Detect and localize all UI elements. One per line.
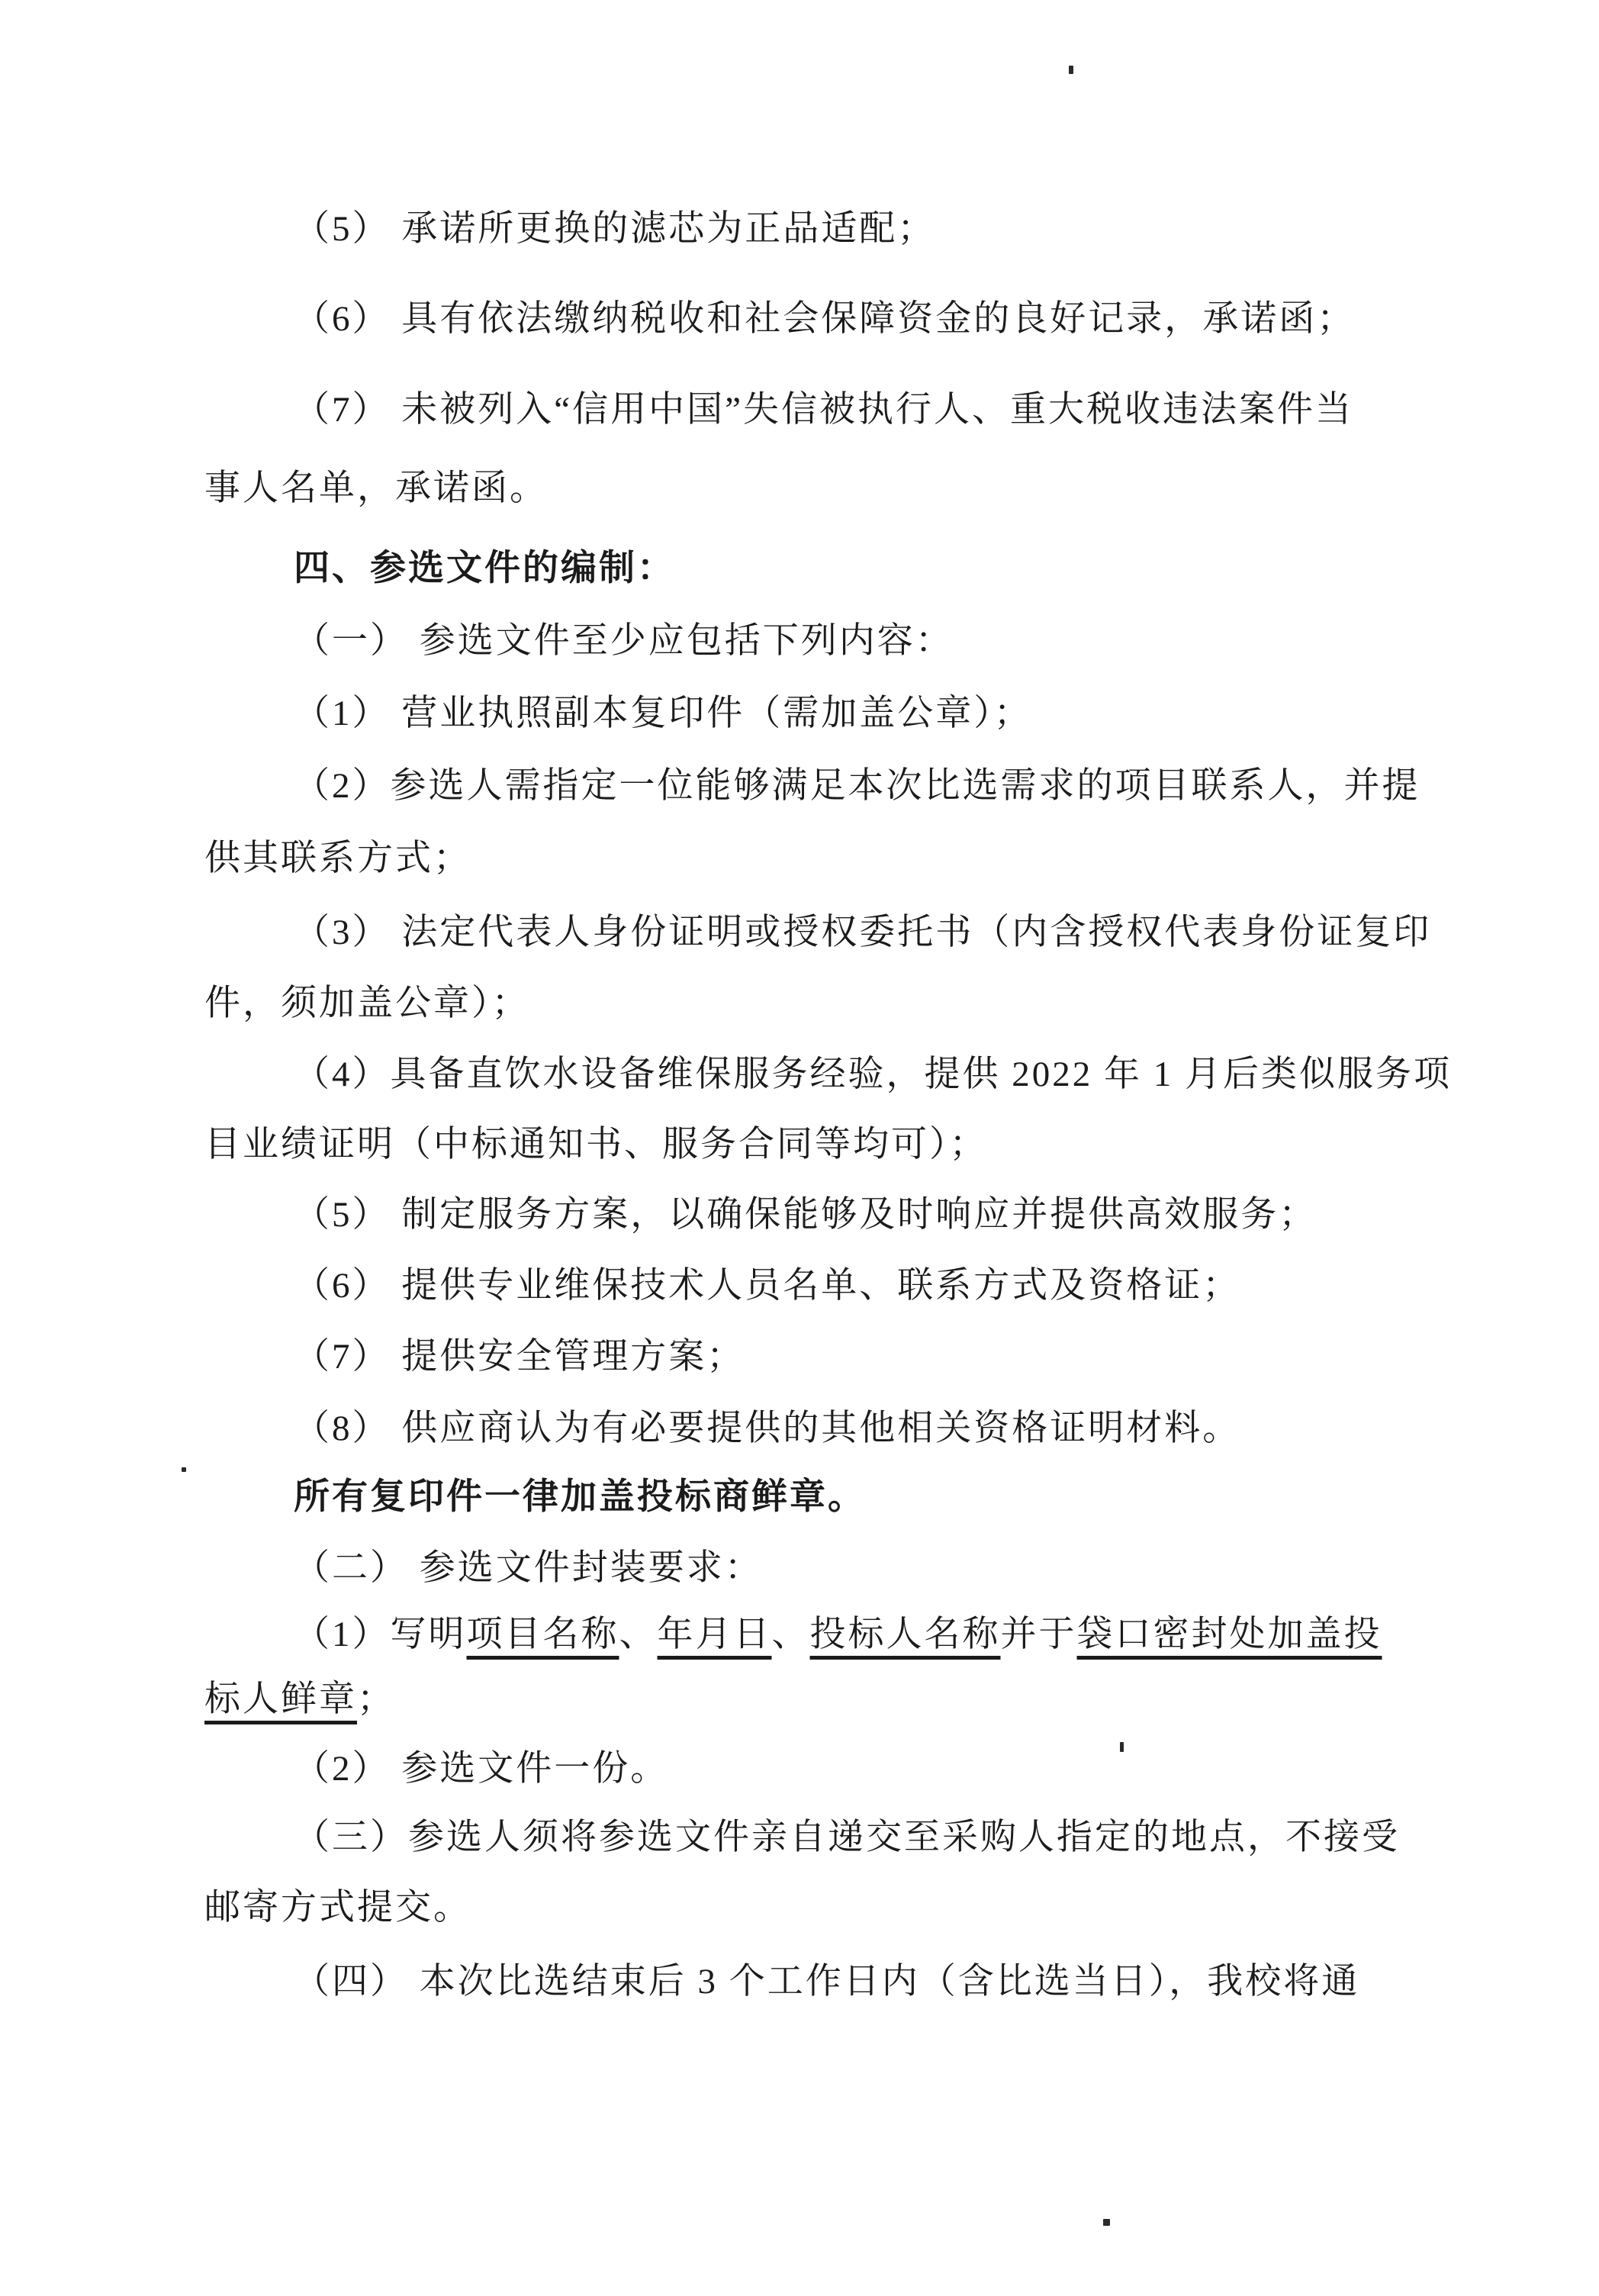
doc-line-content-item-2-contact-line1: （2）参选人需指定一位能够满足本次比选需求的项目联系人，并提 [204, 763, 1514, 810]
doc-line-item-7-credit-china-line1: （7） 未被列入“信用中国”失信被执行人、重大税收违法案件当 [204, 387, 1514, 433]
doc-line-item-7-credit-china-line2: 事人名单，承诺函。 [204, 465, 1425, 512]
underlined-text-segment: 年月日 [658, 1615, 772, 1654]
text-segment: 、 [619, 1615, 658, 1654]
scan-speck [1120, 1742, 1124, 1752]
scan-speck [1069, 66, 1073, 74]
text-segment: （4）具备直饮水设备维保服务经验，提供 2022 年 1 月后类似服务项 [294, 1055, 1452, 1094]
text-segment: （7） 未被列入“信用中国”失信被执行人、重大税收违法案件当 [294, 390, 1353, 430]
text-segment: （5） 制定服务方案，以确保能够及时响应并提供高效服务； [294, 1195, 1317, 1235]
underlined-text-segment: 标人鲜章 [204, 1679, 357, 1719]
text-segment: （2）参选人需指定一位能够满足本次比选需求的项目联系人，并提 [294, 766, 1420, 806]
doc-line-item-6-tax-social-security: （6） 具有依法缴纳税收和社会保障资金的良好记录，承诺函； [204, 296, 1514, 343]
doc-line-content-item-7-safety-plan: （7） 提供安全管理方案； [204, 1334, 1514, 1380]
doc-line-section-4-heading: 四、参选文件的编制： [204, 546, 1514, 592]
doc-line-subsection-1-heading: （一） 参选文件至少应包括下列内容： [204, 618, 1514, 665]
underlined-text-segment: 项目名称 [467, 1615, 619, 1654]
text-segment: 供其联系方式； [204, 839, 471, 878]
text-segment: （2） 参选文件一份。 [294, 1749, 668, 1789]
scanned-document-page: （5） 承诺所更换的滤芯为正品适配；（6） 具有依法缴纳税收和社会保障资金的良好… [0, 0, 1599, 2296]
text-segment: 并于 [1001, 1615, 1077, 1654]
doc-line-content-item-3-id-line1: （3） 法定代表人身份证明或授权委托书（内含授权代表身份证复印 [204, 910, 1514, 956]
text-segment: 目业绩证明（中标通知书、服务合同等均可）； [204, 1125, 988, 1164]
text-segment: 、 [772, 1615, 810, 1654]
text-segment: （6） 具有依法缴纳税收和社会保障资金的良好记录，承诺函； [294, 299, 1355, 339]
text-segment: （3） 法定代表人身份证明或授权委托书（内含授权代表身份证复印 [294, 913, 1431, 952]
doc-line-packing-item-1-line2: 标人鲜章； [204, 1676, 1425, 1723]
doc-line-content-item-4-experience-line2: 目业绩证明（中标通知书、服务合同等均可）； [204, 1122, 1425, 1168]
text-segment: （四） 本次比选结束后 3 个工作日内（含比选当日），我校将通 [294, 1962, 1359, 2001]
doc-line-item-5-genuine-filter: （5） 承诺所更换的滤芯为正品适配； [204, 206, 1514, 253]
text-segment: （7） 提供安全管理方案； [294, 1337, 745, 1377]
doc-line-subsection-3-delivery-line2: 邮寄方式提交。 [204, 1885, 1425, 1931]
text-segment: ； [357, 1679, 395, 1719]
text-segment: （1）写明 [294, 1615, 467, 1654]
doc-line-subsection-2-heading: （二） 参选文件封装要求： [204, 1545, 1514, 1592]
doc-line-content-item-3-id-line2: 件，须加盖公章）； [204, 981, 1425, 1027]
doc-line-content-item-1-license: （1） 营业执照副本复印件（需加盖公章）； [204, 691, 1514, 737]
text-segment: （6） 提供专业维保技术人员名单、联系方式及资格证； [294, 1266, 1240, 1306]
doc-line-subsection-3-delivery-line1: （三）参选人须将参选文件亲自递交至采购人指定的地点，不接受 [204, 1815, 1514, 1861]
doc-line-packing-item-1-line1: （1）写明项目名称、年月日、投标人名称并于袋口密封处加盖投 [204, 1612, 1514, 1658]
scan-speck [1103, 2219, 1110, 2226]
text-segment: 事人名单，承诺函。 [204, 469, 548, 508]
doc-line-content-item-5-service-plan: （5） 制定服务方案，以确保能够及时响应并提供高效服务； [204, 1192, 1514, 1238]
doc-line-packing-item-2-one-copy: （2） 参选文件一份。 [204, 1746, 1514, 1792]
doc-line-content-item-6-personnel: （6） 提供专业维保技术人员名单、联系方式及资格证； [204, 1263, 1514, 1309]
text-segment: （1） 营业执照副本复印件（需加盖公章）； [294, 694, 1032, 733]
underlined-text-segment: 投标人名称 [810, 1615, 1001, 1654]
underlined-text-segment: 袋口密封处加盖投 [1077, 1615, 1382, 1654]
doc-line-content-item-2-contact-line2: 供其联系方式； [204, 836, 1425, 882]
doc-line-copies-seal-notice: 所有复印件一律加盖投标商鲜章。 [204, 1474, 1514, 1521]
text-segment: （8） 供应商认为有必要提供的其他相关资格证明材料。 [294, 1409, 1240, 1448]
text-segment: 邮寄方式提交。 [204, 1888, 471, 1927]
text-segment: （一） 参选文件至少应包括下列内容： [294, 621, 954, 661]
text-segment: （5） 承诺所更换的滤芯为正品适配； [294, 209, 935, 249]
text-segment: （二） 参选文件封装要求： [294, 1548, 763, 1588]
text-segment: 四、参选文件的编制： [294, 549, 675, 588]
scan-speck [182, 1467, 186, 1472]
doc-line-content-item-8-other-materials: （8） 供应商认为有必要提供的其他相关资格证明材料。 [204, 1406, 1514, 1452]
text-segment: 所有复印件一律加盖投标商鲜章。 [294, 1477, 866, 1517]
text-segment: 件，须加盖公章）； [204, 984, 530, 1023]
doc-line-subsection-4-notice-line1: （四） 本次比选结束后 3 个工作日内（含比选当日），我校将通 [204, 1959, 1514, 2005]
doc-line-content-item-4-experience-line1: （4）具备直饮水设备维保服务经验，提供 2022 年 1 月后类似服务项 [204, 1051, 1514, 1098]
text-segment: （三）参选人须将参选文件亲自递交至采购人指定的地点，不接受 [294, 1818, 1400, 1857]
